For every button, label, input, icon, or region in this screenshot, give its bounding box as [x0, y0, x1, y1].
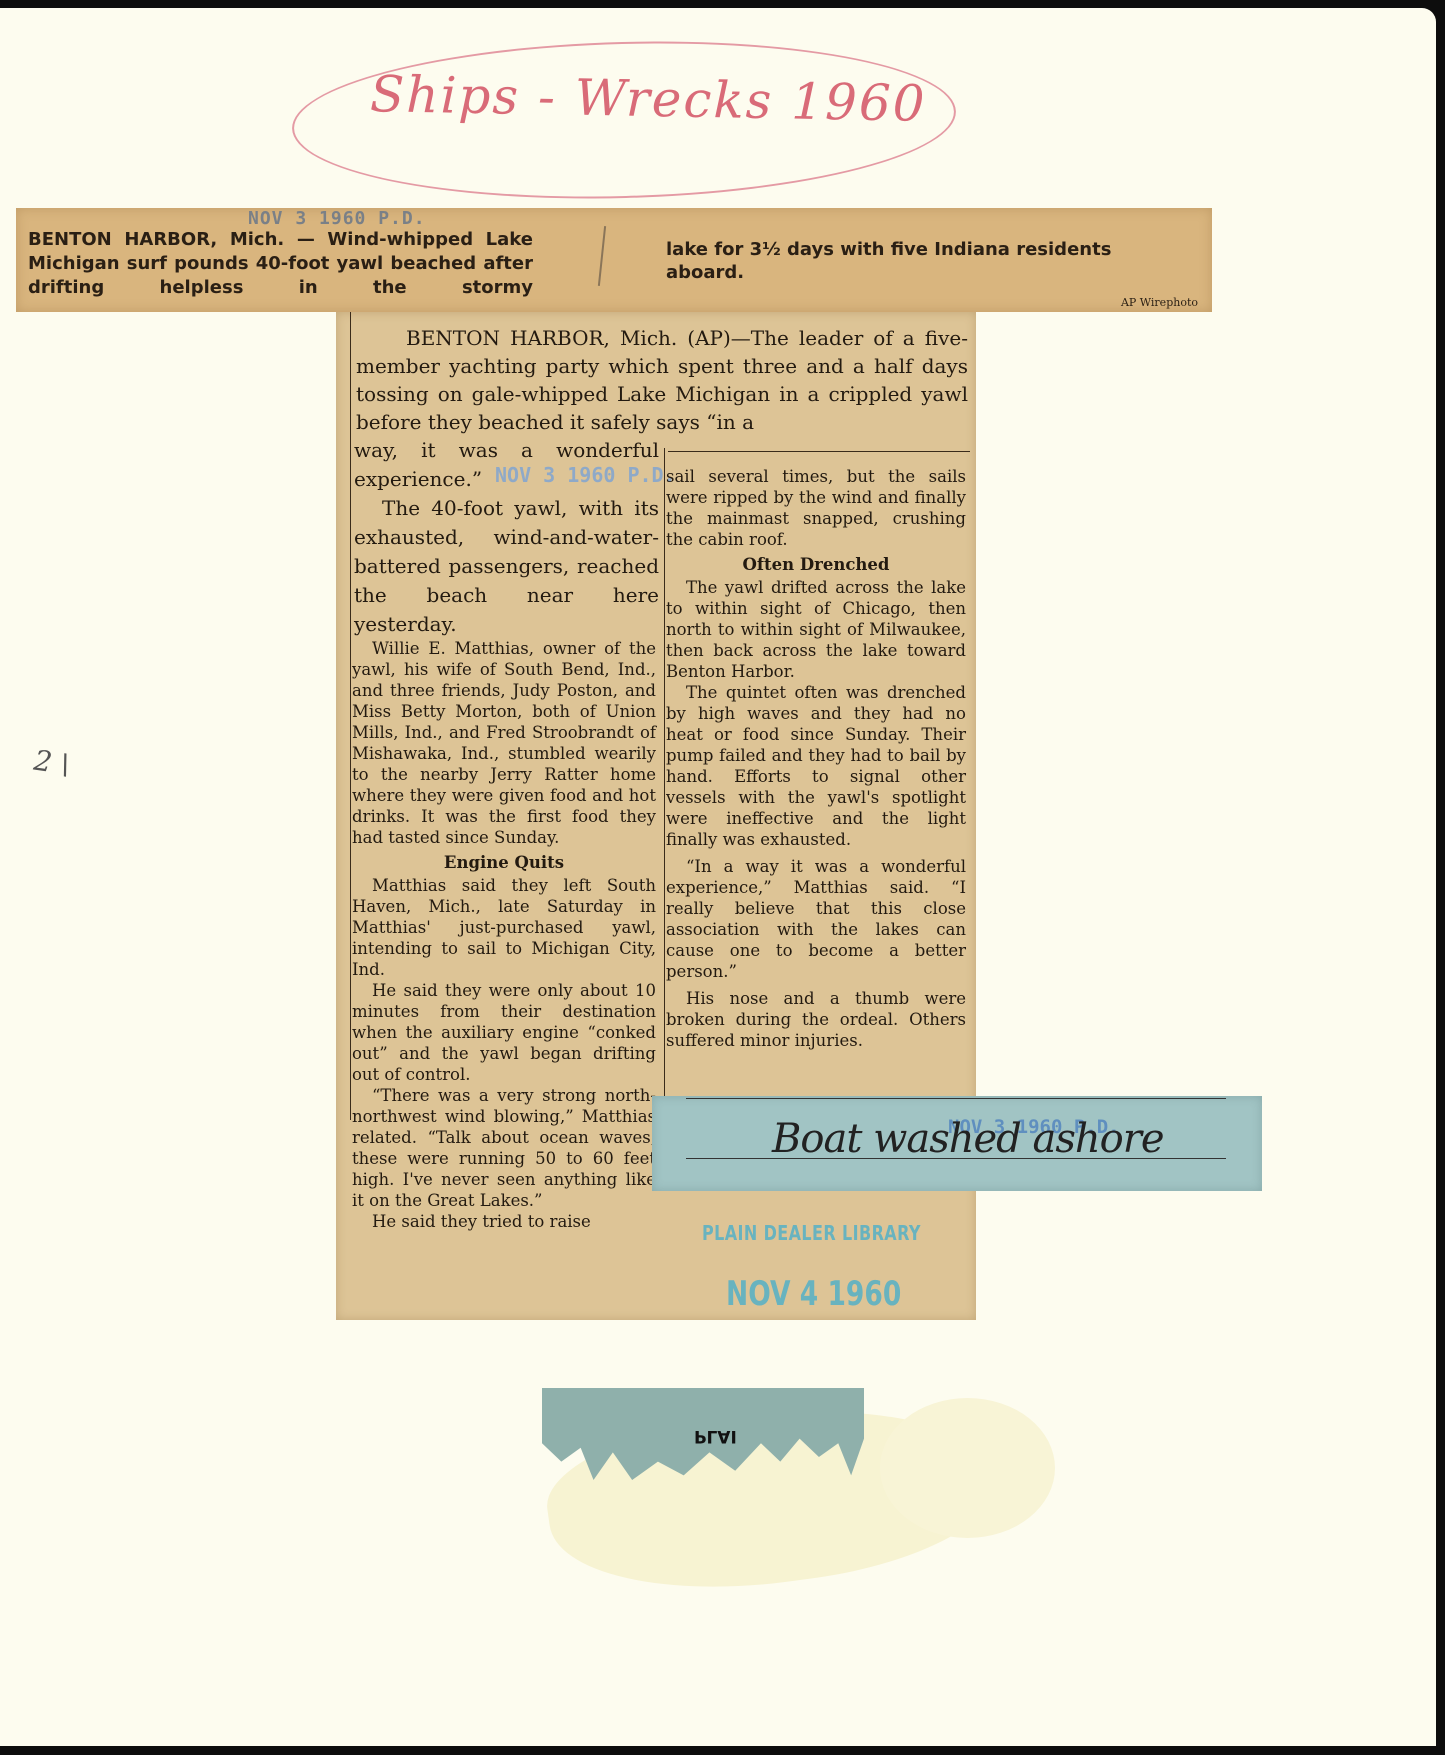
photo-caption-strip: NOV 3 1960 P.D. BENTON HARBOR, Mich. — W… — [16, 208, 1212, 312]
article-column-left: Willie E. Matthias, owner of the yawl, h… — [352, 638, 656, 1232]
paragraph: “There was a very strong north-northwest… — [352, 1085, 656, 1211]
subhead: Engine Quits — [352, 852, 656, 873]
paragraph: sail several times, but the sails were r… — [666, 466, 966, 550]
caption-text-left: BENTON HARBOR, Mich. — Wind-whipped Lake… — [28, 228, 533, 300]
paragraph: His nose and a thumb were broken during … — [666, 988, 966, 1051]
column-rule — [350, 312, 351, 1120]
handwritten-label: NOV 3 1960 P.D. Boat washed ashore — [652, 1096, 1262, 1191]
paragraph: The 40-foot yawl, with its exhausted, wi… — [354, 494, 659, 639]
handwritten-title: Ships - Wrecks 1960 — [370, 65, 931, 133]
margin-mark: 2 \ — [32, 744, 72, 782]
archive-card: Ships - Wrecks 1960 2 \ NOV 3 1960 P.D. … — [0, 8, 1436, 1746]
article-column-right: sail several times, but the sails were r… — [666, 466, 966, 1051]
rule-line — [686, 1158, 1226, 1159]
subhead: Often Drenched — [666, 554, 966, 575]
date-stamp: NOV 3 1960 P.D. — [248, 208, 426, 229]
lead-paragraph: BENTON HARBOR, Mich. (AP)—The leader of … — [356, 324, 968, 436]
paragraph: Matthias said they left South Haven, Mic… — [352, 875, 656, 980]
rule-line — [686, 1098, 1226, 1099]
paragraph: The quintet often was drenched by high w… — [666, 682, 966, 850]
paragraph: The yawl drifted across the lake to with… — [666, 577, 966, 682]
library-stamp-date: NOV 4 1960 — [726, 1274, 901, 1314]
column-rule — [664, 448, 665, 1098]
inline-date-stamp: NOV 3 1960 P.D. — [495, 463, 676, 487]
remnant-text: PLAI — [694, 1426, 737, 1446]
library-stamp-name: PLAIN DEALER LIBRARY — [702, 1221, 921, 1245]
column-rule — [668, 451, 970, 452]
tear-line — [598, 226, 606, 286]
handwritten-note: Boat washed ashore — [772, 1116, 1164, 1162]
paragraph: “In a way it was a wonderful experience,… — [666, 856, 966, 982]
photo-credit: AP Wirephoto — [1121, 296, 1198, 309]
paragraph: He said they tried to raise — [352, 1211, 656, 1232]
glue-residue — [880, 1398, 1055, 1538]
caption-text-right: lake for 3½ days with five Indiana resid… — [666, 238, 1176, 284]
paragraph: Willie E. Matthias, owner of the yawl, h… — [352, 638, 656, 848]
paragraph: He said they were only about 10 minutes … — [352, 980, 656, 1085]
article-lead: BENTON HARBOR, Mich. (AP)—The leader of … — [356, 324, 968, 436]
